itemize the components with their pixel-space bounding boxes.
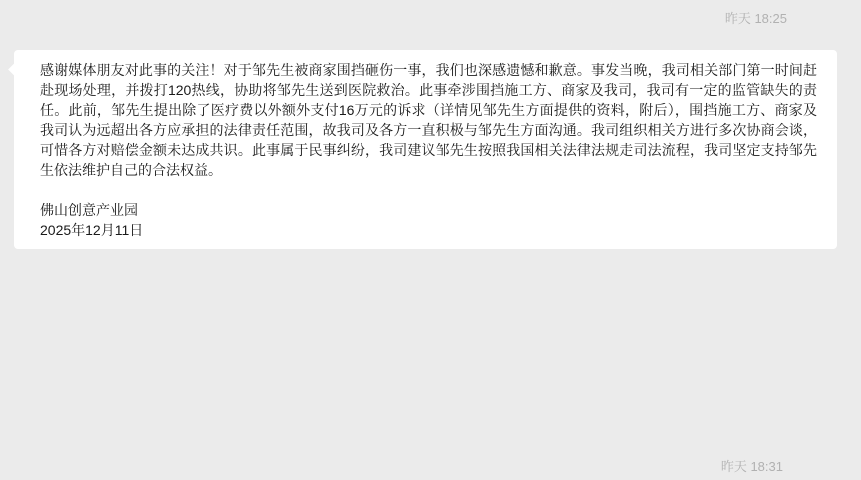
timestamp-top: 昨天 18:25 [725, 8, 787, 27]
message-date: 2025年12月11日 [40, 220, 817, 240]
attachment-photo-thumbnail[interactable] [9, 255, 147, 441]
message-signature: 佛山创意产业园 [40, 200, 817, 220]
bubble-tail [8, 63, 21, 76]
chat-window: 昨天 18:25 感谢媒体朋友对此事的关注！对于邹先生被商家围挡砸伤一事，我们也… [0, 0, 861, 480]
timestamp-bottom: 昨天 18:31 [721, 456, 783, 475]
incoming-message-bubble[interactable]: 感谢媒体朋友对此事的关注！对于邹先生被商家围挡砸伤一事，我们也深感遗憾和歉意。事… [14, 50, 837, 249]
message-body-text: 感谢媒体朋友对此事的关注！对于邹先生被商家围挡砸伤一事，我们也深感遗憾和歉意。事… [40, 60, 817, 180]
